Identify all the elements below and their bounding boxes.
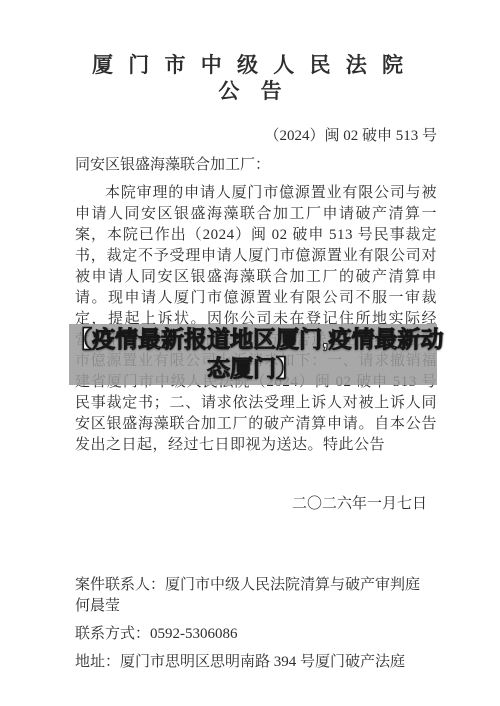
contact-info-block: 案件联系人：厦门市中级人民法院清算与破产审判庭 何晨莹 联系方式：0592-53…: [75, 575, 437, 673]
contact-person-line: 案件联系人：厦门市中级人民法院清算与破产审判庭 何晨莹: [75, 575, 437, 617]
case-number: （2024）闽 02 破申 513 号: [0, 126, 500, 147]
contact-phone-line: 联系方式：0592-5306086: [75, 624, 437, 645]
court-name-title: 厦 门 市 中 级 人 民 法 院: [0, 52, 500, 78]
address-line: 地址：厦门市思明区思明南路 394 号厦门破产法庭: [75, 652, 437, 673]
court-announcement-page: 厦 门 市 中 级 人 民 法 院 公 告 （2024）闽 02 破申 513 …: [0, 0, 500, 706]
watermark-text-line2: 态厦门】: [207, 355, 299, 381]
announcement-body-paragraph: 本院审理的申请人厦门市億源置业有限公司与被申请人同安区银盛海藻联合加工厂申请破产…: [75, 183, 437, 456]
announcement-title: 公 告: [0, 78, 500, 104]
announcement-date: 二〇二六年一月七日: [0, 494, 500, 515]
watermark-overlay: 【疫情最新报道地区厦门,疫情最新动 态厦门】: [69, 324, 437, 385]
watermark-text-line1: 【疫情最新报道地区厦门,疫情最新动: [69, 326, 443, 352]
addressee-line: 同安区银盛海藻联合加工厂：: [75, 155, 437, 176]
